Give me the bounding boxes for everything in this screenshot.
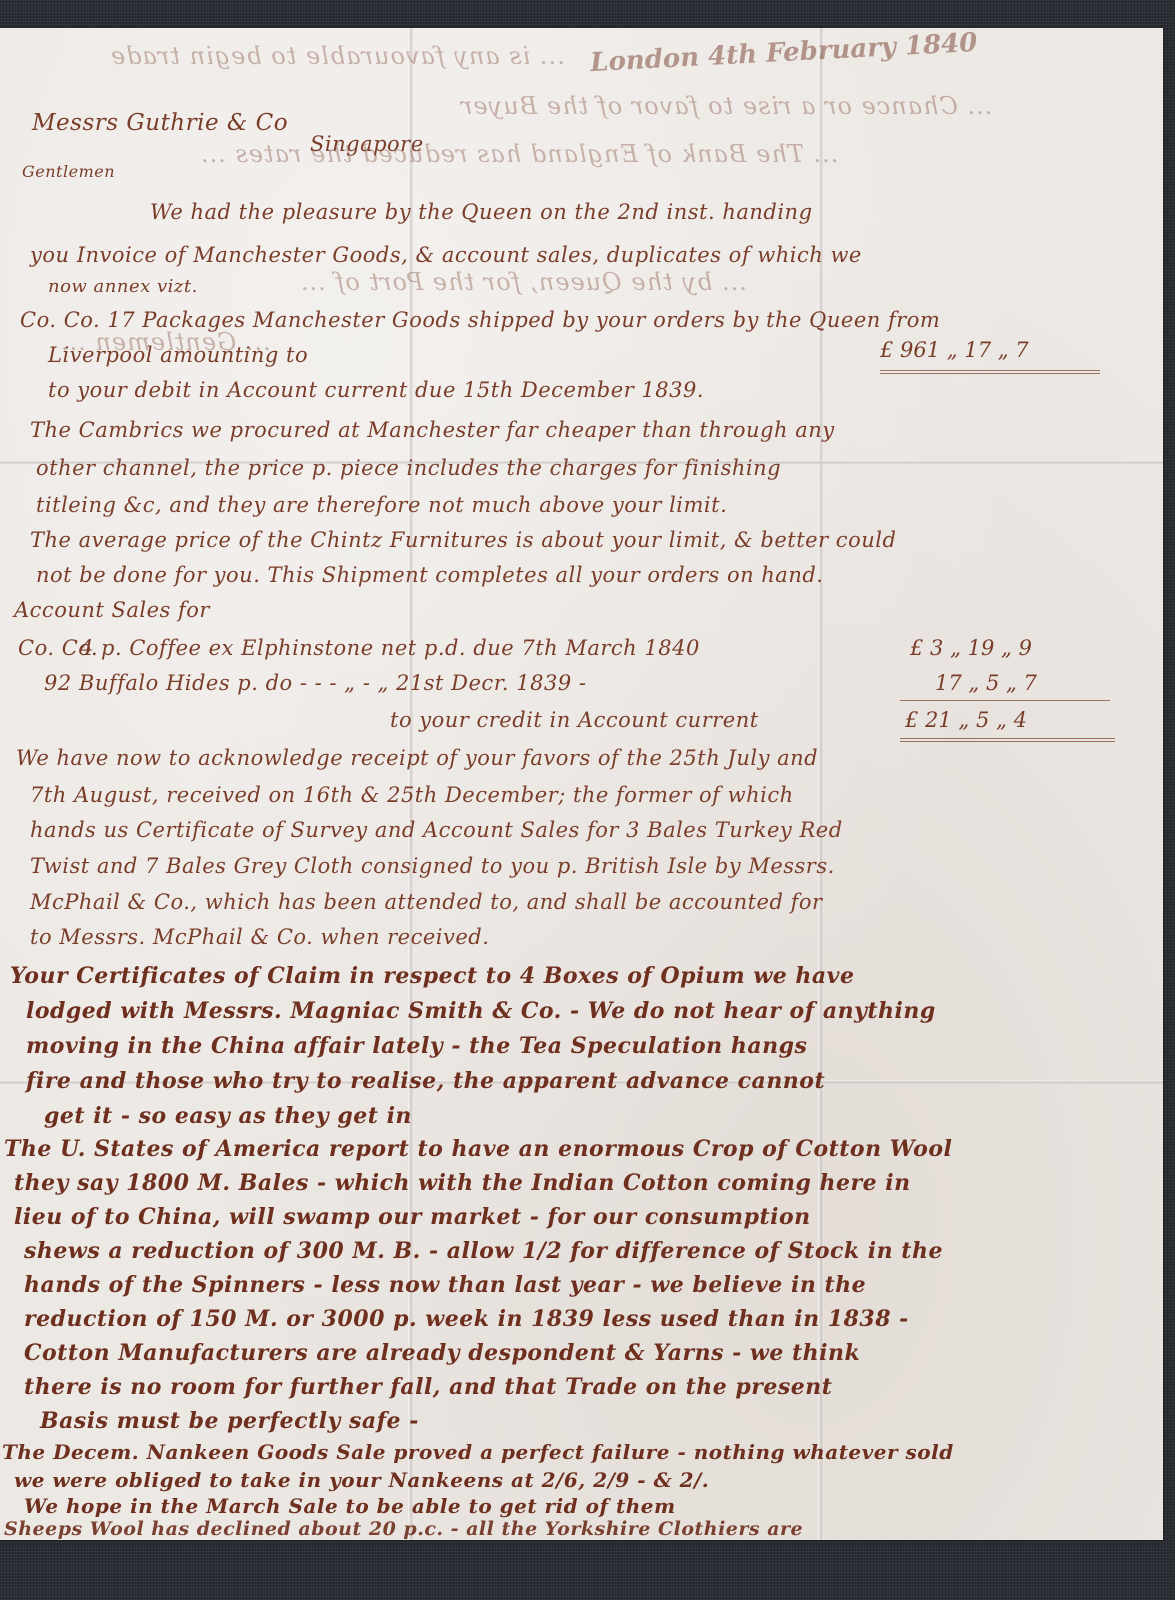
paragraph-5-line: shews a reduction of 300 M. B. - allow 1… xyxy=(24,1238,943,1264)
paragraph-2-line: titleing &c, and they are therefore not … xyxy=(36,493,727,517)
paragraph-5-line: hands of the Spinners - less now than la… xyxy=(24,1272,866,1298)
account-total-amount: £ 21 „ 5 „ 4 xyxy=(905,708,1027,732)
paragraph-3-line: We have now to acknowledge receipt of yo… xyxy=(16,746,818,770)
paragraph-6-line: The Decem. Nankeen Goods Sale proved a p… xyxy=(2,1440,954,1464)
account-item-description: 92 Buffalo Hides p. do - - - „ - „ 21st … xyxy=(44,671,587,695)
paragraph-3-line: hands us Certificate of Survey and Accou… xyxy=(30,818,843,842)
place-date: London 4th February 1840 xyxy=(589,28,978,78)
paragraph-6-line: we were obliged to take in your Nankeens… xyxy=(14,1468,709,1492)
paragraph-4-line: lodged with Messrs. Magniac Smith & Co. … xyxy=(26,998,936,1024)
paragraph-2-line: The Cambrics we procured at Manchester f… xyxy=(30,418,835,442)
invoice-line: Co. Co. 17 Packages Manchester Goods shi… xyxy=(20,308,940,332)
paragraph-3-line: McPhail & Co., which has been attended t… xyxy=(30,890,823,914)
paragraph-5-line: lieu of to China, will swamp our market … xyxy=(14,1204,811,1230)
paragraph-6-line: We hope in the March Sale to be able to … xyxy=(24,1494,676,1518)
letter-sheet: ... is any favourable to begin trade ...… xyxy=(0,28,1163,1540)
paragraph-4-line: moving in the China affair lately - the … xyxy=(26,1033,807,1059)
paragraph-5-line: reduction of 150 M. or 3000 p. week in 1… xyxy=(24,1306,909,1332)
amount-underline xyxy=(880,370,1100,371)
paragraph-2-line: not be done for you. This Shipment compl… xyxy=(36,563,823,587)
paragraph-5-line: there is no room for further fall, and t… xyxy=(24,1374,832,1400)
account-item-amount: 17 „ 5 „ 7 xyxy=(935,671,1037,695)
paragraph-1-line: We had the pleasure by the Queen on the … xyxy=(150,200,813,224)
account-item-description: 4 p. Coffee ex Elphinstone net p.d. due … xyxy=(80,636,700,660)
amount-underline xyxy=(900,700,1110,701)
paragraph-3-line: 7th August, received on 16th & 25th Dece… xyxy=(30,783,794,807)
bleed-through-text: ... is any favourable to begin trade xyxy=(110,42,565,70)
paragraph-1-line: now annex vizt. xyxy=(48,276,198,297)
account-sales-title: Account Sales for xyxy=(14,598,210,622)
paragraph-3-line: to Messrs. McPhail & Co. when received. xyxy=(30,925,489,949)
amount-underline xyxy=(900,738,1115,739)
paragraph-5-line: The U. States of America report to have … xyxy=(4,1136,952,1162)
invoice-line: to your debit in Account current due 15t… xyxy=(48,378,704,402)
invoice-amount: £ 961 „ 17 „ 7 xyxy=(880,338,1029,362)
paragraph-1-line: you Invoice of Manchester Goods, & accou… xyxy=(30,243,862,267)
paragraph-5-line: they say 1800 M. Bales - which with the … xyxy=(14,1170,911,1196)
salutation: Gentlemen xyxy=(22,162,115,181)
paragraph-2-line: The average price of the Chintz Furnitur… xyxy=(30,528,896,552)
paragraph-5-line: Basis must be perfectly safe - xyxy=(40,1408,419,1434)
paragraph-4-line: get it - so easy as they get in xyxy=(44,1103,412,1129)
addressee: Messrs Guthrie & Co xyxy=(32,110,288,136)
addressee-place: Singapore xyxy=(310,132,424,156)
paragraph-4-line: Your Certificates of Claim in respect to… xyxy=(10,963,854,989)
amount-underline xyxy=(900,741,1115,742)
account-total-label: to your credit in Account current xyxy=(390,708,759,732)
bleed-through-text: ... The Bank of England has reduced the … xyxy=(200,140,838,168)
paragraph-5-line: Cotton Manufacturers are already despond… xyxy=(24,1340,860,1366)
paragraph-3-line: Twist and 7 Bales Grey Cloth consigned t… xyxy=(30,854,835,878)
bleed-through-text: ... Chance or a rise to favor of the Buy… xyxy=(460,92,992,120)
amount-underline xyxy=(880,373,1100,374)
paragraph-2-line: other channel, the price p. piece includ… xyxy=(36,456,781,480)
invoice-line: Liverpool amounting to xyxy=(48,343,308,367)
paragraph-4-line: fire and those who try to realise, the a… xyxy=(26,1068,825,1094)
paragraph-6-line: Sheeps Wool has declined about 20 p.c. -… xyxy=(4,1518,803,1540)
bleed-through-text: ... by the Queen, for the Port of ... xyxy=(300,268,747,296)
account-item-amount: £ 3 „ 19 „ 9 xyxy=(910,636,1032,660)
